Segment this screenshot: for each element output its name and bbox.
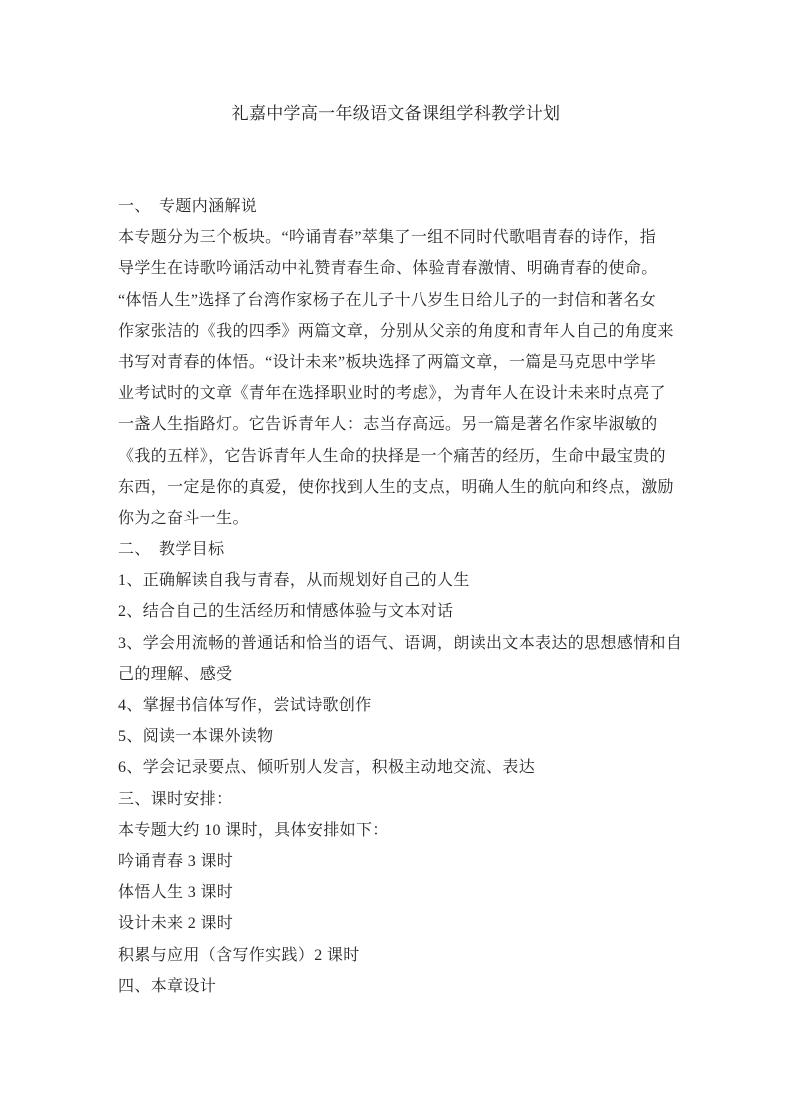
paragraph-line: 你为之奋斗一生。 (118, 503, 738, 534)
document-title: 礼嘉中学高一年级语文备课组学科教学计划 (118, 103, 674, 125)
schedule-item: 设计未来 2 课时 (118, 908, 738, 939)
paragraph-line: 东西，一定是你的真爱，使你找到人生的支点，明确人生的航向和终点，激励 (118, 472, 738, 503)
schedule-item: 体悟人生 3 课时 (118, 877, 738, 908)
schedule-item: 吟诵青春 3 课时 (118, 846, 738, 877)
section-heading-4: 四、本章设计 (118, 971, 738, 1002)
section-heading-3: 三、课时安排： (118, 784, 738, 815)
list-item: 6、学会记录要点、倾听别人发言，积极主动地交流、表达 (118, 752, 738, 783)
paragraph-line: 本专题大约 10 课时，具体安排如下： (118, 815, 738, 846)
paragraph-line: “体悟人生”选择了台湾作家杨子在儿子十八岁生日给儿子的一封信和著名女 (118, 285, 738, 316)
paragraph-line: 一盏人生指路灯。它告诉青年人：志当存高远。另一篇是著名作家毕淑敏的 (118, 409, 738, 440)
list-item: 4、掌握书信体写作，尝试诗歌创作 (118, 690, 738, 721)
paragraph-line: 导学生在诗歌吟诵活动中礼赞青春生命、体验青春激情、明确青春的使命。 (118, 253, 738, 284)
paragraph-line: 《我的五样》，它告诉青年人生命的抉择是一个痛苦的经历，生命中最宝贵的 (118, 441, 738, 472)
paragraph-line: 业考试时的文章《青年在选择职业时的考虑》，为青年人在设计未来时点亮了 (118, 378, 738, 409)
schedule-item: 积累与应用（含写作实践）2 课时 (118, 940, 738, 971)
list-item: 3、学会用流畅的普通话和恰当的语气、语调，朗读出文本表达的思想感情和自 (118, 628, 738, 659)
paragraph-line: 本专题分为三个板块。“吟诵青春”萃集了一组不同时代歌唱青春的诗作，指 (118, 222, 738, 253)
document-body: 一、 专题内涵解说 本专题分为三个板块。“吟诵青春”萃集了一组不同时代歌唱青春的… (118, 191, 738, 1002)
paragraph-line: 作家张洁的《我的四季》两篇文章，分别从父亲的角度和青年人自己的角度来 (118, 316, 738, 347)
document-page: 礼嘉中学高一年级语文备课组学科教学计划 一、 专题内涵解说 本专题分为三个板块。… (0, 0, 792, 1120)
list-item-continuation: 己的理解、感受 (118, 659, 738, 690)
list-item: 2、结合自己的生活经历和情感体验与文本对话 (118, 596, 738, 627)
paragraph-line: 书写对青春的体悟。“设计未来”板块选择了两篇文章，一篇是马克思中学毕 (118, 347, 738, 378)
section-heading-1: 一、 专题内涵解说 (118, 191, 738, 222)
list-item: 5、阅读一本课外读物 (118, 721, 738, 752)
list-item: 1、正确解读自我与青春，从而规划好自己的人生 (118, 565, 738, 596)
section-heading-2: 二、 教学目标 (118, 534, 738, 565)
